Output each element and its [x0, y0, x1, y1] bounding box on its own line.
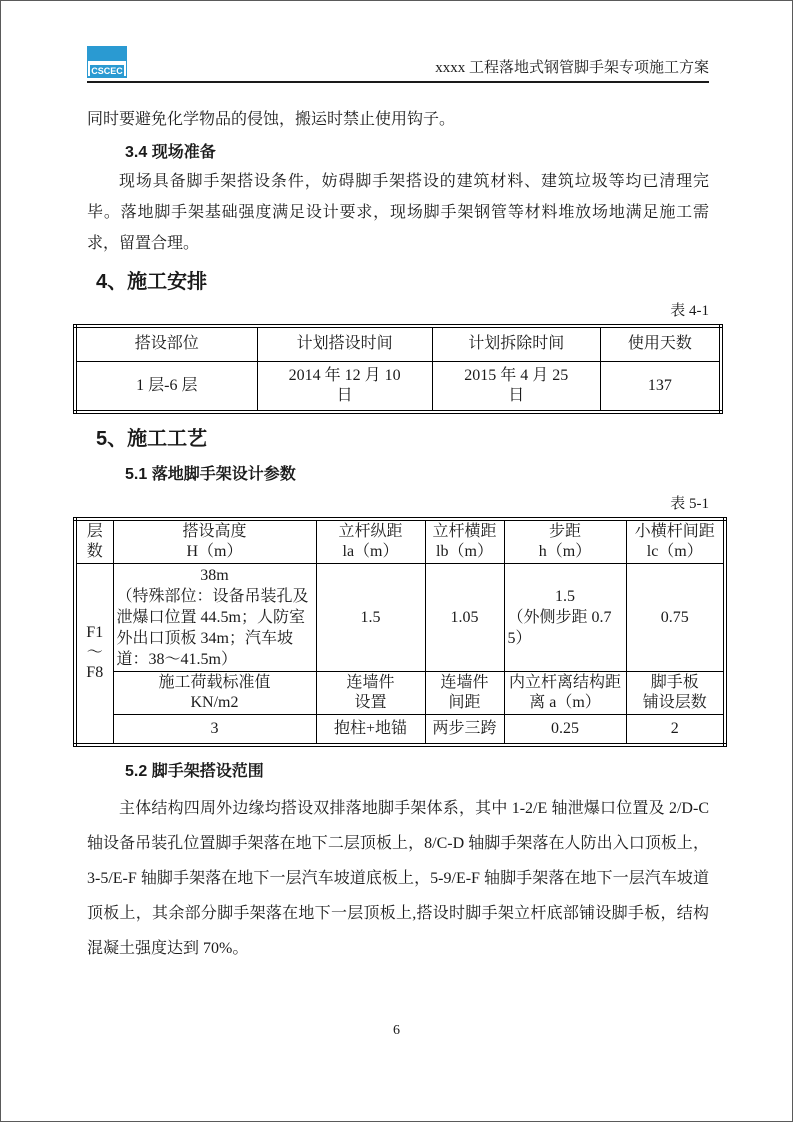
col-header-load: 施工荷载标准值 KN/m2 [113, 672, 316, 715]
paragraph-3-4: 现场具备脚手架搭设条件，妨碍脚手架搭设的建筑材料、建筑垃圾等均已清理完毕。落地脚… [87, 166, 709, 259]
table-4-1-header-row: 搭设部位 计划搭设时间 计划拆除时间 使用天数 [75, 326, 721, 361]
col-header-plank-layers: 脚手板 铺设层数 [626, 672, 725, 715]
cell-load: 3 [113, 715, 316, 745]
heading-5-2: 5.2 脚手架搭设范围 [87, 759, 709, 785]
table-5-1-values-row: 3 抱柱+地锚 两步三跨 0.25 2 [75, 715, 725, 745]
cscec-logo: CSCEC [87, 46, 127, 78]
page-header: CSCEC xxxx 工程落地式钢管脚手架专项施工方案 [87, 46, 709, 83]
cell-inner-pole-distance: 0.25 [504, 715, 626, 745]
col-header-ledger-spacing: 小横杆间距 lc（m） [626, 519, 725, 564]
col-header-longitudinal-spacing: 立杆纵距 la（m） [316, 519, 425, 564]
table-5-1-subheader-row: 施工荷载标准值 KN/m2 连墙件 设置 连墙件 间距 内立杆离结构距 离 a（… [75, 672, 725, 715]
col-header-days-used: 使用天数 [600, 326, 721, 361]
col-header-tie-spacing: 连墙件 间距 [425, 672, 504, 715]
col-header-dismantle-time: 计划拆除时间 [432, 326, 600, 361]
col-header-height: 搭设高度 H（m） [113, 519, 316, 564]
col-header-location: 搭设部位 [75, 326, 257, 361]
col-header-inner-pole-distance: 内立杆离结构距 离 a（m） [504, 672, 626, 715]
cell-erect-time: 2014 年 12 月 10 日 [257, 361, 432, 412]
cell-tie-setting: 抱柱+地锚 [316, 715, 425, 745]
cell-transverse-spacing: 1.05 [425, 564, 504, 672]
table-5-1-header-row: 层 数 搭设高度 H（m） 立杆纵距 la（m） 立杆横距 lb（m） 步距 h… [75, 519, 725, 564]
cell-location: 1 层-6 层 [75, 361, 257, 412]
col-header-tie-setting: 连墙件 设置 [316, 672, 425, 715]
heading-3-4: 3.4 现场准备 [87, 140, 709, 166]
cell-height: 38m （特殊部位：设备吊装孔及泄爆口位置 44.5m；人防室外出口顶板 34m… [113, 564, 316, 672]
cell-height-main: 38m [117, 565, 313, 586]
paragraph-5-2: 主体结构四周外边缘均搭设双排落地脚手架体系，其中 1-2/E 轴泄爆口位置及 2… [87, 791, 709, 966]
table-5-1: 层 数 搭设高度 H（m） 立杆纵距 la（m） 立杆横距 lb（m） 步距 h… [73, 517, 727, 747]
col-header-transverse-spacing: 立杆横距 lb（m） [425, 519, 504, 564]
cell-tie-spacing: 两步三跨 [425, 715, 504, 745]
cell-ledger-spacing: 0.75 [626, 564, 725, 672]
table-4-1: 搭设部位 计划搭设时间 计划拆除时间 使用天数 1 层-6 层 2014 年 1… [73, 324, 723, 414]
page-number: 6 [1, 1023, 792, 1039]
cell-plank-layers: 2 [626, 715, 725, 745]
col-header-erect-time: 计划搭设时间 [257, 326, 432, 361]
col-header-storeys: 层 数 [75, 519, 113, 564]
col-header-step-distance: 步距 h（m） [504, 519, 626, 564]
cell-storeys: F1 ～ F8 [75, 564, 113, 745]
heading-4: 4、施工安排 [87, 268, 709, 296]
cell-longitudinal-spacing: 1.5 [316, 564, 425, 672]
heading-5: 5、施工工艺 [87, 425, 709, 453]
cell-step-distance: 1.5 （外侧步距 0.75） [504, 564, 626, 672]
table-5-1-row-params: F1 ～ F8 38m （特殊部位：设备吊装孔及泄爆口位置 44.5m；人防室外… [75, 564, 725, 672]
cscec-logo-text: CSCEC [88, 61, 126, 76]
cell-step-note: （外侧步距 0.75） [508, 607, 623, 649]
cell-step-main: 1.5 [508, 586, 623, 607]
intro-paragraph: 同时要避免化学物品的侵蚀，搬运时禁止使用钩子。 [87, 104, 709, 135]
cell-height-note: （特殊部位：设备吊装孔及泄爆口位置 44.5m；人防室外出口顶板 34m；汽车坡… [117, 586, 313, 670]
document-title: xxxx 工程落地式钢管脚手架专项施工方案 [435, 58, 709, 78]
table-4-1-data-row: 1 层-6 层 2014 年 12 月 10 日 2015 年 4 月 25 日… [75, 361, 721, 412]
table-5-1-caption: 表 5-1 [87, 495, 709, 513]
heading-5-1: 5.1 落地脚手架设计参数 [87, 462, 709, 488]
document-page: CSCEC xxxx 工程落地式钢管脚手架专项施工方案 同时要避免化学物品的侵蚀… [0, 0, 793, 1122]
cell-dismantle-time: 2015 年 4 月 25 日 [432, 361, 600, 412]
table-4-1-caption: 表 4-1 [87, 302, 709, 320]
cell-days-used: 137 [600, 361, 721, 412]
